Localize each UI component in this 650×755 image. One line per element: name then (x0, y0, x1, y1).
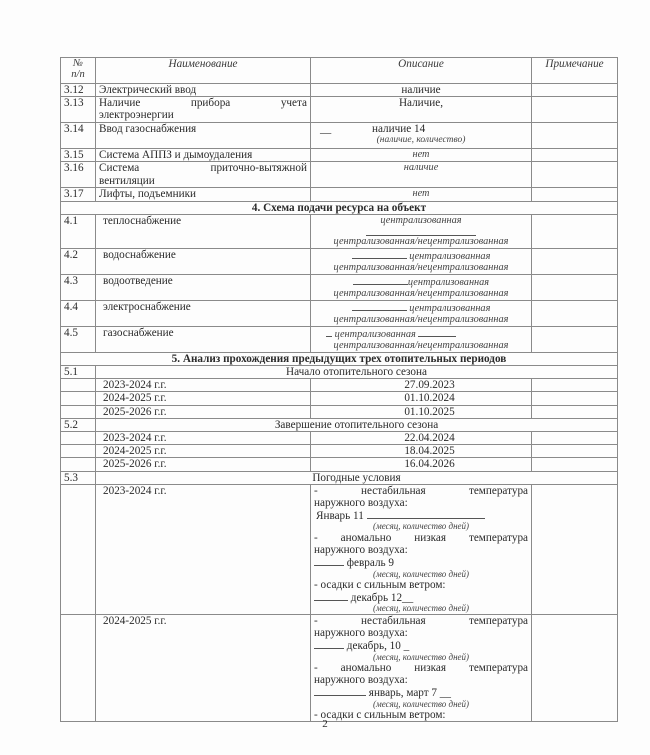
weather-description: - нестабильная температура наружного воз… (311, 484, 532, 614)
row-note (532, 300, 618, 326)
row-description: централизованная централизованная/нецент… (311, 326, 532, 352)
section-5-title: 5. Анализ прохождения предыдущих трех от… (61, 352, 618, 365)
row-number: 5.3 (61, 471, 96, 484)
header-number: № п/п (61, 58, 96, 84)
row-number: 3.14 (61, 123, 96, 149)
table-row: 3.16 Система приточно-вытяжной вентиляци… (61, 162, 618, 188)
row-number: 3.13 (61, 97, 96, 123)
period: 2025-2026 г.г. (96, 405, 311, 418)
subsection-title: Завершение отопительного сезона (96, 418, 618, 431)
period: 2024-2025 г.г. (96, 392, 311, 405)
period: 2025-2026 г.г. (96, 458, 311, 471)
table-row: 2024-2025 г.г. - нестабильная температур… (61, 614, 618, 721)
row-description: централизованная централизованная/нецент… (311, 248, 532, 274)
subsection-title: Начало отопительного сезона (96, 366, 618, 379)
document-page: № п/п Наименование Описание Примечание 3… (0, 0, 650, 755)
table-row: 4.1 теплоснабжение централизованная цент… (61, 214, 618, 248)
row-name: Электрический ввод (96, 84, 311, 97)
row-number: 4.5 (61, 326, 96, 352)
period: 2023-2024 г.г. (96, 484, 311, 614)
row-number: 5.2 (61, 418, 96, 431)
row-note (532, 123, 618, 149)
date: 22.04.2024 (311, 432, 532, 445)
table-row: 4.4 электроснабжение централизованная це… (61, 300, 618, 326)
table-row: 2025-2026 г.г. 01.10.2025 (61, 405, 618, 418)
table-row: 4.5 газоснабжение централизованная центр… (61, 326, 618, 352)
page-number: 2 (0, 718, 650, 730)
table-row: 3.13 Наличие прибора учета электроэнерги… (61, 97, 618, 123)
row-number: 4.4 (61, 300, 96, 326)
table-row: 2023-2024 г.г. 27.09.2023 (61, 379, 618, 392)
row-description: централизованная централизованная/нецент… (311, 274, 532, 300)
period: 2023-2024 г.г. (96, 379, 311, 392)
period: 2024-2025 г.г. (96, 614, 311, 721)
subsection-row: 5.1 Начало отопительного сезона (61, 366, 618, 379)
row-number: 3.15 (61, 149, 96, 162)
header-note: Примечание (532, 58, 618, 84)
row-description: нет (311, 149, 532, 162)
row-note (532, 248, 618, 274)
row-description: централизованная централизованная/нецент… (311, 214, 532, 248)
row-note (532, 97, 618, 123)
row-name: Наличие прибора учета электроэнергии (96, 97, 311, 123)
row-name: Ввод газоснабжения (96, 123, 311, 149)
row-number: 5.1 (61, 366, 96, 379)
table-row: 3.17 Лифты, подъемники нет (61, 188, 618, 201)
row-name: теплоснабжение (96, 214, 311, 248)
row-number: 4.3 (61, 274, 96, 300)
table-row: 3.12 Электрический ввод наличие (61, 84, 618, 97)
table-row: 2024-2025 г.г. 18.04.2025 (61, 445, 618, 458)
row-note (532, 149, 618, 162)
header-name: Наименование (96, 58, 311, 84)
row-note (532, 84, 618, 97)
row-number: 4.1 (61, 214, 96, 248)
row-name: Лифты, подъемники (96, 188, 311, 201)
inspection-table: № п/п Наименование Описание Примечание 3… (60, 57, 618, 722)
date: 18.04.2025 (311, 445, 532, 458)
table-row: 3.14 Ввод газоснабжения __ наличие 14 (н… (61, 123, 618, 149)
row-note (532, 274, 618, 300)
row-description: Наличие, (311, 97, 532, 123)
table-row: 2023-2024 г.г. - нестабильная температур… (61, 484, 618, 614)
row-name: водоснабжение (96, 248, 311, 274)
section-heading: 4. Схема подачи ресурса на объект (61, 201, 618, 214)
period: 2024-2025 г.г. (96, 445, 311, 458)
date: 01.10.2024 (311, 392, 532, 405)
field-hint: (наличие, количество) (314, 135, 528, 145)
subsection-row: 5.3 Погодные условия (61, 471, 618, 484)
section-4-title: 4. Схема подачи ресурса на объект (61, 201, 618, 214)
weather-description: - нестабильная температура наружного воз… (311, 614, 532, 721)
period: 2023-2024 г.г. (96, 432, 311, 445)
row-number: 4.2 (61, 248, 96, 274)
row-note (532, 326, 618, 352)
date: 01.10.2025 (311, 405, 532, 418)
date: 27.09.2023 (311, 379, 532, 392)
row-name: газоснабжение (96, 326, 311, 352)
section-heading: 5. Анализ прохождения предыдущих трех от… (61, 352, 618, 365)
date: 16.04.2026 (311, 458, 532, 471)
table-row: 4.3 водоотведение централизованная центр… (61, 274, 618, 300)
row-note (532, 162, 618, 188)
row-description: наличие (311, 162, 532, 188)
row-number: 3.12 (61, 84, 96, 97)
table-header: № п/п Наименование Описание Примечание (61, 58, 618, 84)
table-row: 2023-2024 г.г. 22.04.2024 (61, 432, 618, 445)
table-row: 4.2 водоснабжение централизованная центр… (61, 248, 618, 274)
row-name: Система АППЗ и дымоудаления (96, 149, 311, 162)
subsection-row: 5.2 Завершение отопительного сезона (61, 418, 618, 431)
row-description: централизованная централизованная/нецент… (311, 300, 532, 326)
subsection-title: Погодные условия (96, 471, 618, 484)
row-name: водоотведение (96, 274, 311, 300)
row-description: наличие (311, 84, 532, 97)
header-description: Описание (311, 58, 532, 84)
row-note (532, 214, 618, 248)
table-row: 3.15 Система АППЗ и дымоудаления нет (61, 149, 618, 162)
row-note (532, 188, 618, 201)
row-name: Система приточно-вытяжной вентиляции (96, 162, 311, 188)
row-name: электроснабжение (96, 300, 311, 326)
row-number: 3.16 (61, 162, 96, 188)
row-description: нет (311, 188, 532, 201)
row-number: 3.17 (61, 188, 96, 201)
table-row: 2025-2026 г.г. 16.04.2026 (61, 458, 618, 471)
row-description: __ наличие 14 (наличие, количество) (311, 123, 532, 149)
table-row: 2024-2025 г.г. 01.10.2024 (61, 392, 618, 405)
